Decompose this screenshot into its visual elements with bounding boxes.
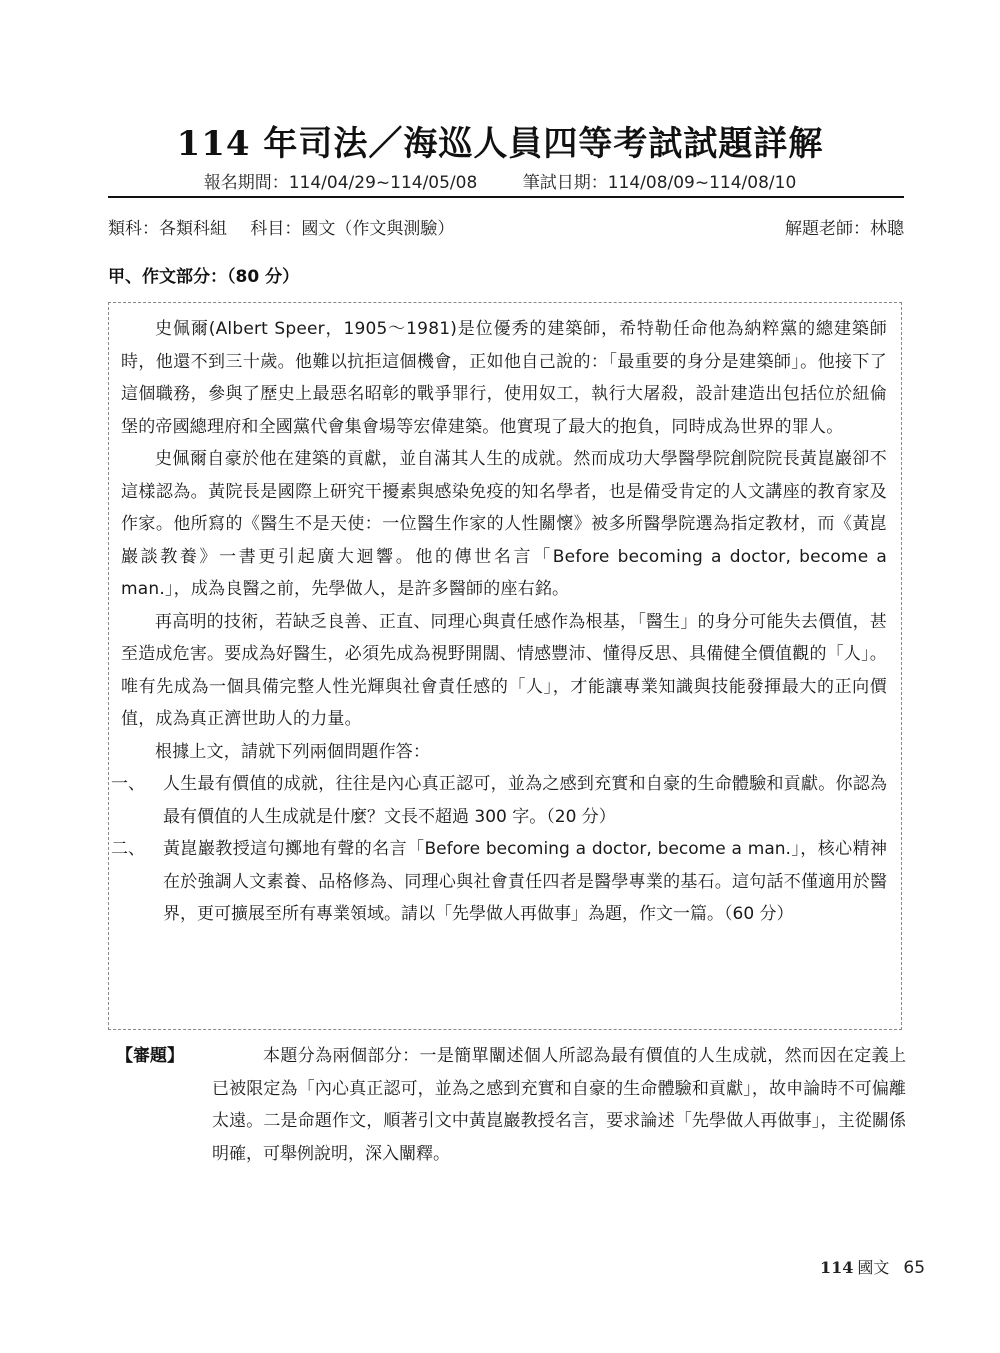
instruction-paragraph: 根據上文，請就下列兩個問題作答： [121,736,887,769]
meta-left: 類科：各類科組 科目：國文（作文與測驗） [108,214,472,239]
question-number: 二、 [109,833,163,931]
question-box: 史佩爾(Albert Speer，1905～1981)是位優秀的建築師，希特勒任… [108,302,902,1030]
written-exam-dates: 筆試日期：114/08/09~114/08/10 [523,173,797,193]
analysis-label: 【審題】 [116,1040,212,1170]
question-text: 黃崑巖教授這句擲地有聲的名言「Before becoming a doctor,… [163,833,887,931]
passage-paragraph-3: 再高明的技術，若缺乏良善、正直、同理心與責任感作為根基，「醫生」的身分可能失去價… [121,606,887,736]
footer-year: 114 [820,1258,853,1277]
passage-paragraph-2: 史佩爾自豪於他在建築的貢獻，並自滿其人生的成就。然而成功大學醫學院創院院長黃崑巖… [121,443,887,606]
exam-dates-row: 報名期間：114/04/29~114/05/08 筆試日期：114/08/09~… [0,168,1000,193]
header-divider [108,196,904,198]
passage-paragraph-1: 史佩爾(Albert Speer，1905～1981)是位優秀的建築師，希特勒任… [121,313,887,443]
page-title: 114 年司法／海巡人員四等考試試題詳解 [0,116,1000,165]
question-number: 一、 [109,768,163,833]
question-item-1: 一、 人生最有價值的成就，往往是內心真正認可，並為之感到充實和自豪的生命體驗和貢… [109,768,887,833]
question-item-2: 二、 黃崑巖教授這句擲地有聲的名言「Before becoming a doct… [109,833,887,931]
analysis-section: 【審題】 本題分為兩個部分：一是簡單闡述個人所認為最有價值的人生成就，然而因在定… [116,1040,906,1170]
page-footer: 114 國文 65 [820,1255,925,1278]
category-label: 類科：各類科組 [108,219,227,239]
subject-label: 科目：國文（作文與測驗） [250,219,454,239]
registration-period: 報名期間：114/04/29~114/05/08 [204,173,478,193]
question-text: 人生最有價值的成就，往往是內心真正認可，並為之感到充實和自豪的生命體驗和貢獻。你… [163,768,887,833]
section-heading: 甲、作文部分：（80 分） [108,262,299,287]
footer-subject: 國文 [857,1255,889,1278]
meta-row: 類科：各類科組 科目：國文（作文與測驗） 解題老師：林聰 [108,214,904,239]
teacher-label: 解題老師：林聰 [785,214,904,239]
analysis-text: 本題分為兩個部分：一是簡單闡述個人所認為最有價值的人生成就，然而因在定義上已被限… [212,1040,906,1170]
page-number: 65 [903,1258,925,1278]
